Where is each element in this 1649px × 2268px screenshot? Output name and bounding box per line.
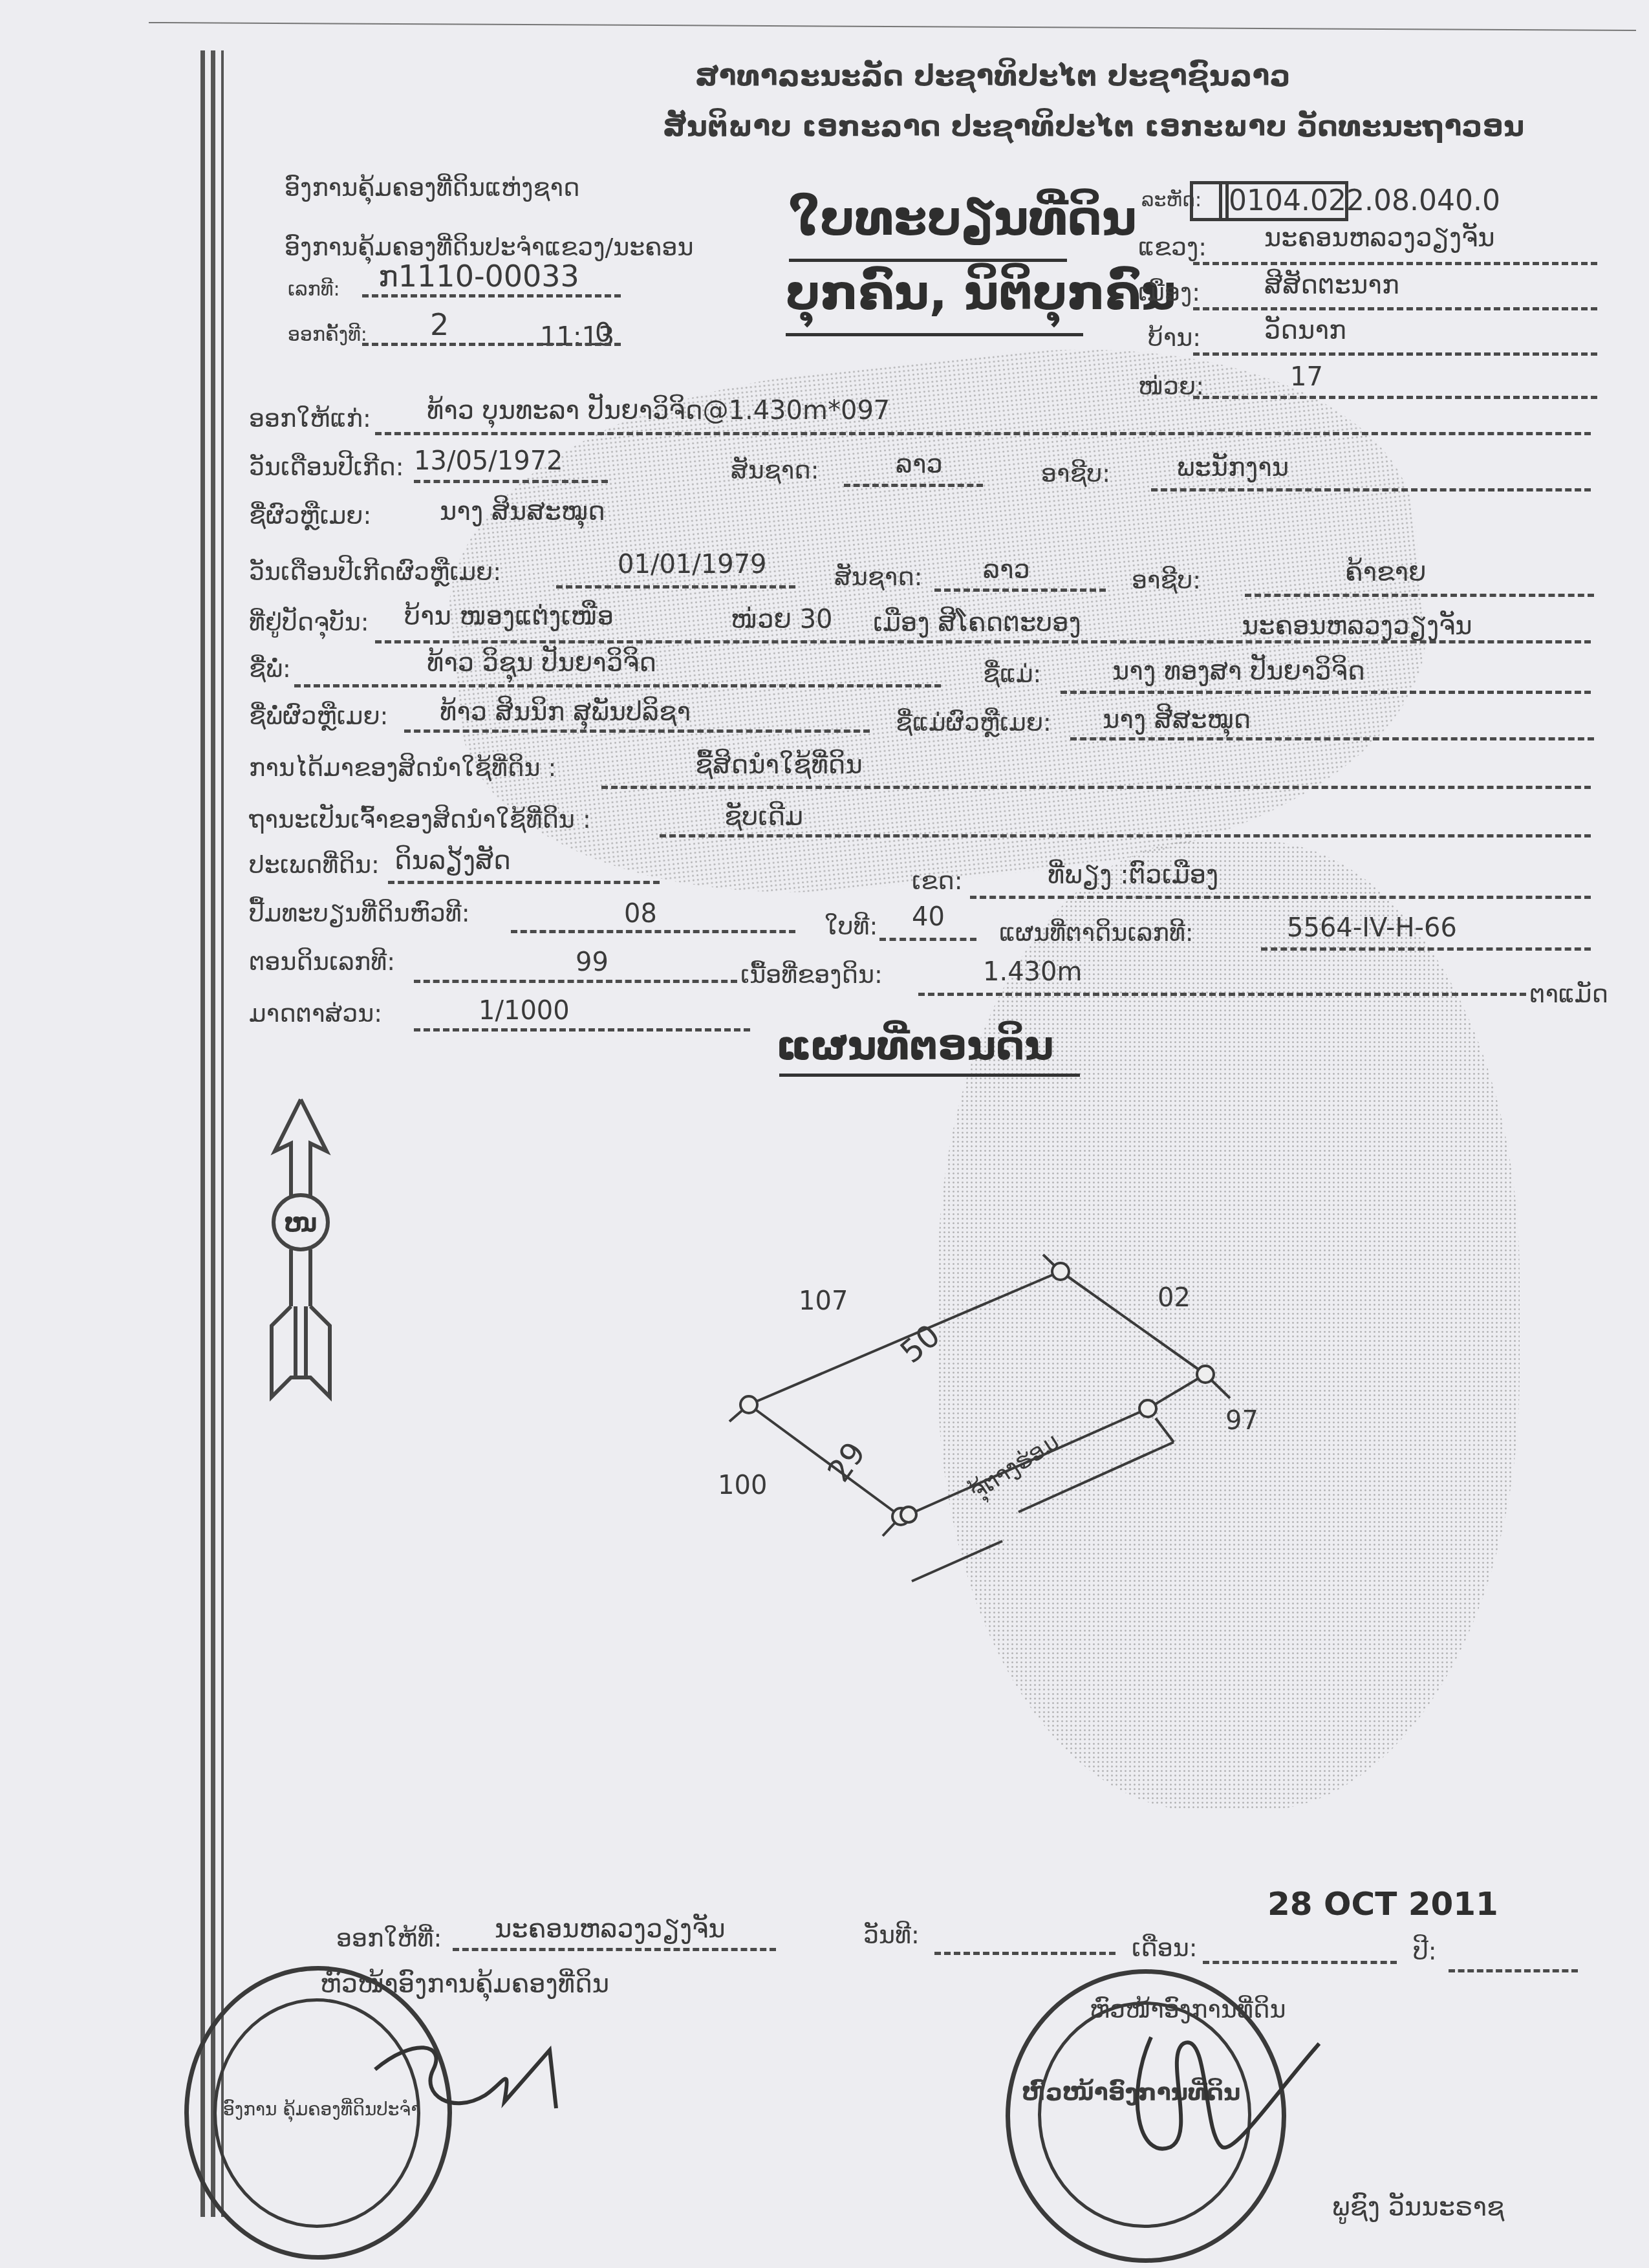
side-length-label: 29 xyxy=(821,1436,873,1489)
plot-map-title: ແຜນທີ່ຕອນດິນ xyxy=(776,1022,1053,1069)
issued-to-label: ອອກໃຫ້ແກ່: xyxy=(249,404,371,433)
field-line xyxy=(511,930,795,933)
spouse-occupation-value: ຄ້າຂາຍ xyxy=(1345,557,1427,587)
field-line xyxy=(556,585,795,589)
map-number-value: 5564-IV-H-66 xyxy=(1287,913,1457,943)
north-symbol: ໜ xyxy=(284,1209,318,1237)
village-value: ວັດນາກ xyxy=(1264,316,1346,345)
field-line xyxy=(1261,947,1591,951)
field-line xyxy=(601,786,1591,789)
field-line xyxy=(934,1952,1115,1955)
spouse-mother-value: ນາງ ສີສະໝຸດ xyxy=(1103,705,1251,735)
father-label: ຊື່ພໍ່: xyxy=(249,654,291,683)
title-underline xyxy=(786,333,1083,336)
right-signer-name: ພູຊົງ ວັນນະຣາຊ xyxy=(1332,2192,1504,2222)
occupation-value: ພະນັກງານ xyxy=(1177,453,1289,482)
left-signatory-title: ຫົວໜ້າອົງການຄຸ້ມຄອງທີ່ດິນ xyxy=(320,1969,609,1999)
acquisition-value: ຊື້ສິດນຳໃຊ້ທີ່ດິນ xyxy=(695,750,863,780)
nationality-label: ສັນຊາດ: xyxy=(731,456,819,484)
code-segment: 0 xyxy=(1482,184,1500,217)
spouse-nationality-label: ສັນຊາດ: xyxy=(834,563,922,591)
title-underline xyxy=(789,259,1067,262)
mother-label: ຊື່ແມ່: xyxy=(983,660,1041,688)
neighbor-parcel-label: 97 xyxy=(1225,1406,1258,1436)
field-line xyxy=(1193,307,1597,310)
address-village: ບ້ານ ໜອງແຕ່ງເໜືອ xyxy=(404,601,614,631)
dob-value: 13/05/1972 xyxy=(414,446,563,476)
parcel-value: 99 xyxy=(576,947,609,977)
document-subtitle: ບຸກຄົນ, ນິຕິບຸກຄົນ xyxy=(786,265,1176,321)
field-line xyxy=(660,834,1591,837)
signature-left xyxy=(362,2024,582,2128)
spouse-label: ຊື່ຜົວຫຼືເມຍ: xyxy=(249,501,371,530)
unit-value: 17 xyxy=(1290,362,1323,392)
acquisition-label: ການໄດ້ມາຂອງສິດນຳໃຊ້ທີ່ດິນ : xyxy=(249,753,556,782)
code-segment: 0104 xyxy=(1229,184,1301,217)
spouse-father-value: ທ້າວ ສິນນິກ ສຸພັນປລິຊາ xyxy=(440,697,691,727)
issued-to-value: ທ້າວ ບຸນທະລາ ປັນຍາວິຈິດ@1.430m*097 xyxy=(427,396,890,426)
book-label: ປື້ມທະບຽນທີ່ດິນຫົວທີ: xyxy=(249,899,470,927)
district-label: ເມືອງ: xyxy=(1138,278,1200,307)
land-title-certificate: ສາທາລະນະລັດ ປະຊາທິປະໄຕ ປະຊາຊົນລາວ ສັນຕິພ… xyxy=(0,0,1649,2268)
issuer-provincial: ອົງການຄຸ້ມຄອງທີ່ດິນປະຈຳແຂວງ/ນະຄອນ xyxy=(285,233,694,261)
field-line xyxy=(362,343,621,346)
signature-right xyxy=(1112,2018,1371,2173)
field-line xyxy=(375,640,1591,643)
district-value: ສີສັດຕະນາກ xyxy=(1264,270,1399,300)
father-value: ທ້າວ ວິຊຸນ ປັນຍາວິຈິດ xyxy=(427,648,656,678)
road-label: ຈຸ້ຕາງຮ່ອມ xyxy=(965,1428,1065,1507)
field-line xyxy=(1449,1969,1578,1972)
page-value: 40 xyxy=(912,902,945,932)
spouse-value: ນາງ ສິນສະໝຸດ xyxy=(440,497,605,526)
spouse-mother-label: ຊື່ແມ່ຜົວຫຼືເມຍ: xyxy=(896,708,1051,737)
year-label: ປີ: xyxy=(1413,1937,1437,1965)
map-number-label: ແຜນທີ່ຕາດິນເລກທີ: xyxy=(999,918,1194,947)
date-stamp: 28 OCT 2011 xyxy=(1267,1885,1498,1923)
occupation-label: ອາຊີບ: xyxy=(1041,459,1110,488)
field-line xyxy=(1203,1961,1397,1964)
issue-count-value: 2 xyxy=(430,307,449,342)
code-segment: 08 xyxy=(1374,184,1410,217)
field-line xyxy=(414,1028,750,1031)
field-line xyxy=(453,1948,776,1951)
certificate-number: ກ1110-00033 xyxy=(378,259,579,294)
village-label: ບ້ານ: xyxy=(1148,323,1201,352)
code-segment: 040 xyxy=(1419,184,1473,217)
day-label: ວັນທີ: xyxy=(863,1921,920,1949)
country-name: ສາທາລະນະລັດ ປະຊາທິປະໄຕ ປະຊາຊົນລາວ xyxy=(695,59,1291,92)
area-unit: ຕາແມັດ xyxy=(1529,980,1608,1008)
province-value: ນະຄອນຫລວງວຽງຈັນ xyxy=(1264,223,1495,253)
field-line xyxy=(970,896,1591,899)
field-line xyxy=(1193,396,1597,399)
plot-sketch: 107 02 97 100 50 29 ຈຸ້ຕາງຮ່ອມ xyxy=(679,1229,1326,1746)
field-line xyxy=(388,881,660,884)
address-unit: ໜ່ວຍ 30 xyxy=(731,605,833,634)
field-line xyxy=(1193,352,1597,356)
nationality-value: ລາວ xyxy=(896,449,943,479)
land-type-label: ປະເພດທີ່ດິນ: xyxy=(249,850,380,879)
field-line xyxy=(362,294,621,297)
status-label: ຖານະເປັນເຈົ້າຂອງສິດນຳໃຊ້ທີ່ດິນ : xyxy=(249,805,591,834)
zone-value: ທີ່ພຽງ :ຕົວເມືອງ xyxy=(1048,860,1218,890)
issue-count-label: ອອກຄັ້ງທີ: xyxy=(288,323,367,346)
area-label: ເນື້ອທີ່ຂອງດິນ: xyxy=(740,960,883,989)
field-line xyxy=(934,589,1106,592)
side-length-label: 50 xyxy=(894,1317,947,1370)
north-arrow-icon: ໜ xyxy=(255,1093,346,1410)
spouse-dob-label: ວັນເດືອນປີເກີດຜົວຫຼືເມຍ: xyxy=(249,557,501,586)
dob-label: ວັນເດືອນປີເກີດ: xyxy=(249,453,404,481)
book-value: 08 xyxy=(624,899,657,929)
neighbor-parcel-label: 100 xyxy=(718,1471,767,1500)
neighbor-parcel-label: 02 xyxy=(1158,1283,1191,1313)
code-segment: 022 xyxy=(1310,184,1364,217)
issued-at-value: ນະຄອນຫລວງວຽງຈັນ xyxy=(495,1914,726,1944)
code-box: 0104.022.08.040.0 xyxy=(1219,181,1348,221)
spouse-dob-value: 01/01/1979 xyxy=(618,550,767,579)
field-line xyxy=(918,993,1526,996)
scan-edge-line xyxy=(149,22,1636,31)
address-district: ເມືອງ ສີໂຄດຕະບອງ xyxy=(873,608,1081,638)
scale-label: ມາດຕາສ່ວນ: xyxy=(249,999,382,1028)
parcel-label: ຕອນດິນເລກທີ: xyxy=(249,947,395,976)
issuer-national: ອົງການຄຸ້ມຄອງທີ່ດິນແຫ່ງຊາດ xyxy=(285,173,579,202)
spouse-nationality-value: ລາວ xyxy=(983,555,1030,585)
spouse-occupation-label: ອາຊີບ: xyxy=(1132,566,1201,594)
field-line xyxy=(1151,488,1591,491)
field-line xyxy=(294,684,941,687)
left-border-line xyxy=(221,50,224,2217)
field-line xyxy=(404,729,870,733)
issued-at-label: ອອກໃຫ້ທີ່: xyxy=(336,1924,442,1952)
area-value: 1.430m xyxy=(983,957,1082,987)
field-line xyxy=(375,432,1591,435)
zone-label: ເຂດ: xyxy=(912,867,962,895)
left-border-line xyxy=(211,50,215,2217)
land-type-value: ດິນລຽ້ງສັດ xyxy=(394,846,511,876)
province-label: ແຂວງ: xyxy=(1138,233,1207,261)
address-label: ທີ່ຢູ່ປັດຈຸບັນ: xyxy=(249,608,369,636)
document-title: ໃບທະບຽນທີ່ດິນ xyxy=(789,191,1137,246)
field-line xyxy=(879,938,976,941)
address-province: ນະຄອນຫລວງວຽງຈັນ xyxy=(1242,611,1472,641)
field-line xyxy=(844,484,983,487)
status-value: ຊັບເດີມ xyxy=(724,802,803,832)
title-underline xyxy=(779,1074,1080,1077)
month-label: ເດືອນ: xyxy=(1132,1934,1198,1962)
field-line xyxy=(414,480,608,483)
field-line xyxy=(1070,737,1594,740)
mother-value: ນາງ ທອງສາ ປັນຍາວິຈິດ xyxy=(1112,656,1365,686)
neighbor-parcel-label: 107 xyxy=(799,1286,848,1316)
field-line xyxy=(1061,691,1591,694)
field-line xyxy=(414,980,737,983)
number-label: ເລກທີ: xyxy=(288,278,340,301)
scale-value: 1/1000 xyxy=(479,996,570,1026)
field-line xyxy=(1245,594,1594,597)
spouse-father-label: ຊື່ພໍ່ຜົວຫຼືເມຍ: xyxy=(249,702,388,730)
national-motto: ສັນຕິພາບ ເອກະລາດ ປະຊາທິປະໄຕ ເອກະພາບ ວັດທ… xyxy=(663,110,1525,143)
field-line xyxy=(1193,262,1597,265)
page-label: ໃບທີ: xyxy=(824,912,878,940)
left-border-line xyxy=(200,50,205,2217)
